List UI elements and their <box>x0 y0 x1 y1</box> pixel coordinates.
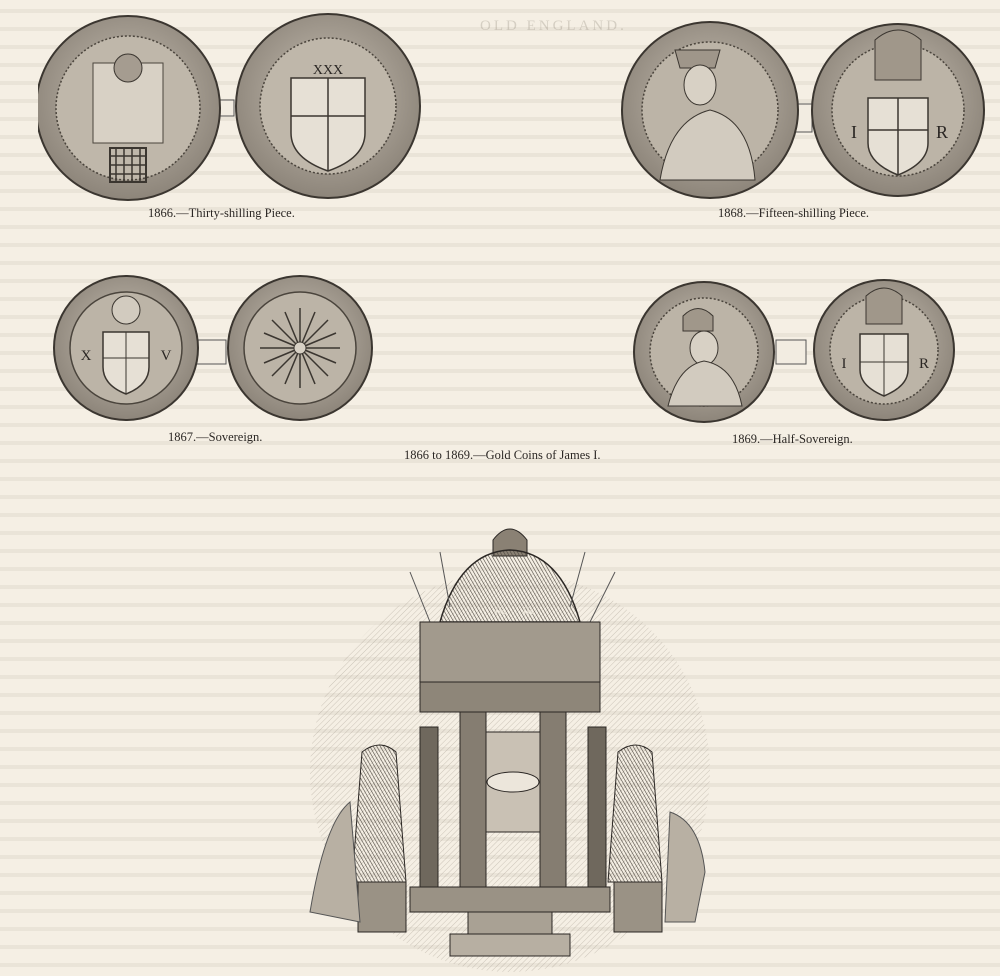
caption-1868: 1868.—Fifteen-shilling Piece. <box>718 206 869 221</box>
catafalque-engraving: IR IR <box>300 512 720 976</box>
fifteen-shilling-piece-illustration: I R <box>620 10 1000 210</box>
running-title: OLD ENGLAND. <box>480 18 627 35</box>
catafalque-illustration: IR IR <box>300 512 720 972</box>
svg-text:I: I <box>842 356 847 372</box>
caption-1869: 1869.—Half-Sovereign. <box>732 432 853 447</box>
svg-text:X: X <box>81 348 92 364</box>
svg-text:I: I <box>851 122 857 142</box>
caption-1866: 1866.—Thirty-shilling Piece. <box>148 206 295 221</box>
thirty-shilling-piece-illustration: XXX <box>38 8 428 208</box>
figure-group-caption: 1866 to 1869.—Gold Coins of James I. <box>404 448 601 463</box>
svg-text:IR: IR <box>495 605 507 617</box>
coin-pair-1867: X V <box>48 270 388 425</box>
coin-pair-1869: I R <box>628 276 968 426</box>
svg-text:XXX: XXX <box>313 63 343 78</box>
coin-pair-1866: XXX <box>38 8 428 208</box>
svg-text:R: R <box>919 356 929 372</box>
svg-text:V: V <box>161 348 172 364</box>
svg-text:R: R <box>936 122 948 142</box>
caption-1867: 1867.—Sovereign. <box>168 430 262 445</box>
coin-pair-1868: I R <box>620 10 1000 210</box>
svg-text:IR: IR <box>523 605 535 617</box>
half-sovereign-illustration: I R <box>628 276 968 426</box>
sovereign-illustration: X V <box>48 270 388 425</box>
